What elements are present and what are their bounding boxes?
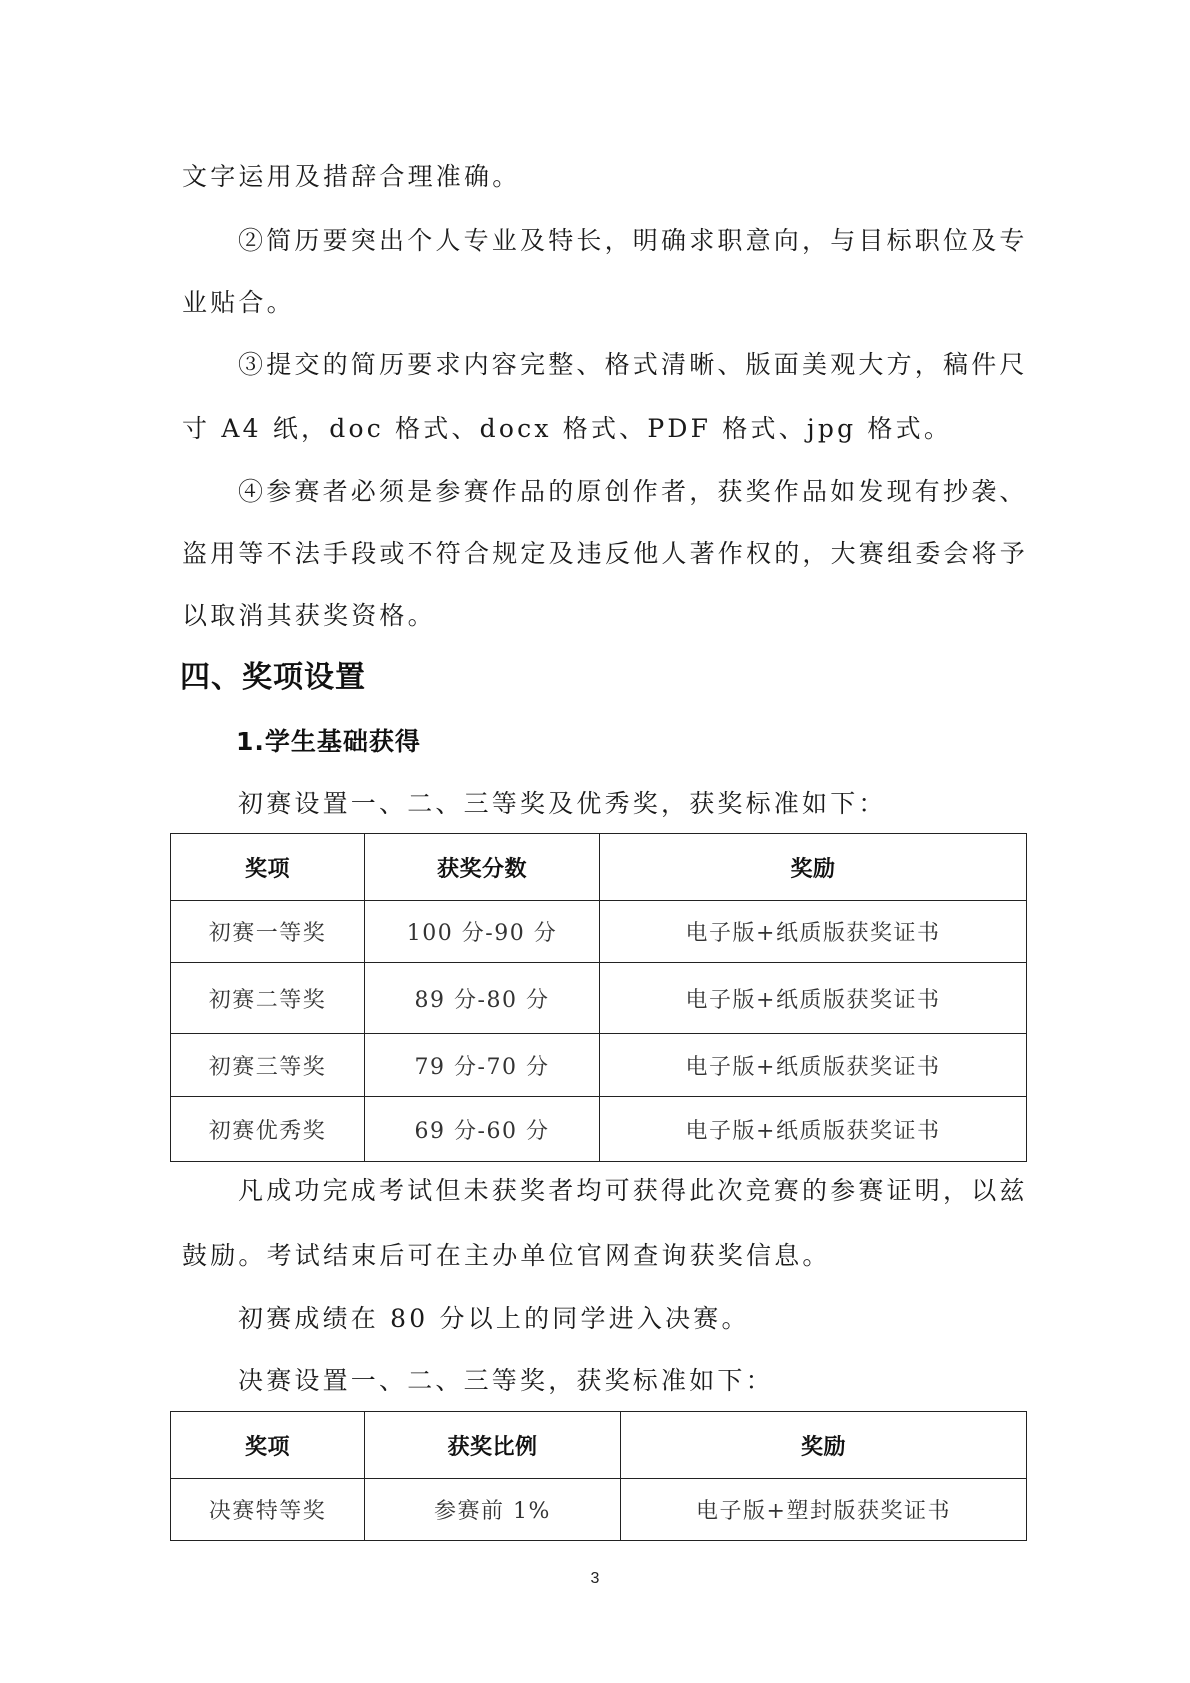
final-intro: 决赛设置一、二、三等奖，获奖标准如下：: [238, 1364, 1068, 1398]
final-award-table: 奖项 获奖比例 奖励 决赛特等奖 参赛前 1% 电子版+塑封版获奖证书: [170, 1411, 1027, 1541]
award-name-cell: 初赛一等奖: [171, 901, 365, 963]
award-name-cell: 决赛特等奖: [171, 1479, 365, 1541]
score-range-cell: 100 分-90 分: [365, 901, 600, 963]
paragraph-line: 寸 A4 纸，doc 格式、docx 格式、PDF 格式、jpg 格式。: [182, 412, 1012, 446]
paragraph-line: 鼓励。考试结束后可在主办单位官网查询获奖信息。: [182, 1239, 1012, 1273]
award-name-cell: 初赛二等奖: [171, 963, 365, 1034]
header-cell: 奖项: [171, 1412, 365, 1479]
advance-note: 初赛成绩在 80 分以上的同学进入决赛。: [238, 1302, 1068, 1336]
award-name-cell: 初赛三等奖: [171, 1034, 365, 1097]
paragraph-line: 业贴合。: [182, 286, 1012, 320]
table-header-row: 奖项 获奖比例 奖励: [171, 1412, 1027, 1479]
reward-cell: 电子版+纸质版获奖证书: [600, 1034, 1027, 1097]
reward-cell: 电子版+纸质版获奖证书: [600, 963, 1027, 1034]
table-row: 初赛优秀奖 69 分-60 分 电子版+纸质版获奖证书: [171, 1097, 1027, 1162]
paragraph-line: ④参赛者必须是参赛作品的原创作者，获奖作品如发现有抄袭、: [238, 475, 1068, 509]
award-name-cell: 初赛优秀奖: [171, 1097, 365, 1162]
prelim-award-table: 奖项 获奖分数 奖励 初赛一等奖 100 分-90 分 电子版+纸质版获奖证书 …: [170, 833, 1027, 1162]
header-cell: 获奖比例: [365, 1412, 621, 1479]
table-row: 初赛二等奖 89 分-80 分 电子版+纸质版获奖证书: [171, 963, 1027, 1034]
paragraph-line: 以取消其获奖资格。: [182, 599, 1012, 633]
paragraph-line: 凡成功完成考试但未获奖者均可获得此次竞赛的参赛证明，以兹: [238, 1174, 1068, 1208]
table-row: 初赛一等奖 100 分-90 分 电子版+纸质版获奖证书: [171, 901, 1027, 963]
paragraph-line: 文字运用及措辞合理准确。: [182, 160, 1012, 194]
header-cell: 奖励: [621, 1412, 1027, 1479]
reward-cell: 电子版+塑封版获奖证书: [621, 1479, 1027, 1541]
subsection-heading: 1.学生基础获得: [236, 725, 421, 759]
table-header-row: 奖项 获奖分数 奖励: [171, 834, 1027, 901]
header-cell: 奖励: [600, 834, 1027, 901]
header-cell: 获奖分数: [365, 834, 600, 901]
table-row: 决赛特等奖 参赛前 1% 电子版+塑封版获奖证书: [171, 1479, 1027, 1541]
header-cell: 奖项: [171, 834, 365, 901]
reward-cell: 电子版+纸质版获奖证书: [600, 901, 1027, 963]
paragraph-line: ②简历要突出个人专业及特长，明确求职意向，与目标职位及专: [238, 224, 1068, 258]
page-number: 3: [0, 1570, 1190, 1588]
score-range-cell: 89 分-80 分: [365, 963, 600, 1034]
prelim-intro: 初赛设置一、二、三等奖及优秀奖，获奖标准如下：: [238, 787, 1068, 821]
reward-cell: 电子版+纸质版获奖证书: [600, 1097, 1027, 1162]
ratio-cell: 参赛前 1%: [365, 1479, 621, 1541]
table-row: 初赛三等奖 79 分-70 分 电子版+纸质版获奖证书: [171, 1034, 1027, 1097]
score-range-cell: 69 分-60 分: [365, 1097, 600, 1162]
paragraph-line: ③提交的简历要求内容完整、格式清晰、版面美观大方，稿件尺: [238, 348, 1068, 382]
section-heading: 四、奖项设置: [180, 658, 366, 698]
paragraph-line: 盗用等不法手段或不符合规定及违反他人著作权的，大赛组委会将予: [182, 537, 1012, 571]
score-range-cell: 79 分-70 分: [365, 1034, 600, 1097]
